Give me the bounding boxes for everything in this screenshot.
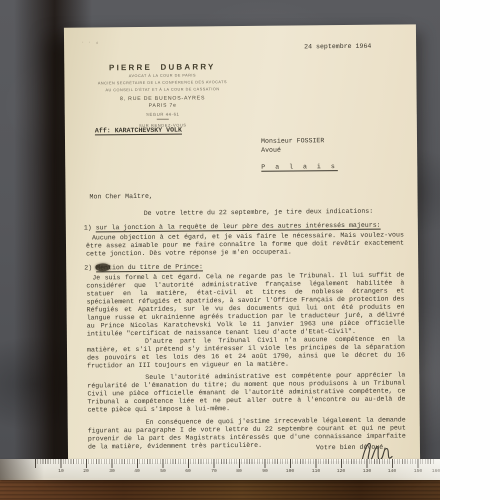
case-reference: Aff: KARATCHEVSKY VOLK [95, 127, 182, 136]
letterhead-address: 8, RUE DE BUENOS-AYRES [81, 95, 245, 103]
letterhead-title-2: ANCIEN SECRÉTAIRE DE LA CONFÉRENCE DES A… [80, 80, 244, 86]
point-2-body: Je suis formel à cet égard. Cela ne rega… [86, 271, 405, 338]
letterhead-title-3: AU CONSEIL D'ÉTAT ET À LA COUR DE CASSAT… [80, 87, 244, 93]
page-white-margin [440, 0, 500, 500]
letter-date: 24 septembre 1964 [304, 43, 371, 52]
point-1-body: Aucune objection à cet égard, et je vais… [86, 231, 404, 258]
recipient-place: P a l a i s [261, 163, 338, 172]
point-1-heading: 1) sur la jonction à la requête de leur … [84, 221, 406, 232]
letterhead: PIERRE DUBARRY AVOCAT À LA COUR DE PARIS… [80, 62, 245, 128]
letterhead-divider [157, 119, 169, 120]
point-2-heading-text: Mention du titre de Prince: [96, 263, 203, 271]
point-1-number: 1) [84, 224, 96, 231]
paragraph-4: Seule l'autorité administrative est comp… [87, 371, 405, 414]
letterhead-city: PARIS 7e [81, 102, 245, 110]
letterhead-name: PIERRE DUBARRY [80, 62, 244, 73]
wood-table-edge [0, 478, 440, 500]
paragraph-3: D'autre part le Tribunal Civil n'a aucun… [87, 335, 405, 370]
recipient-title: Avoué [261, 146, 338, 155]
intro-line: De votre lettre du 22 septembre, je tire… [86, 207, 404, 218]
typed-letter-page: ∙ · ₄ 24 septembre 1964 PIERRE DUBARRY A… [64, 24, 420, 463]
point-2-heading: 2) Mention du titre de Prince: [84, 261, 406, 272]
point-1-heading-text: sur la jonction à la requête de leur pèr… [96, 222, 381, 232]
pencil-annotation: ∙ · ₄ [82, 39, 100, 45]
letter-photograph: ∙ · ₄ 24 septembre 1964 PIERRE DUBARRY A… [0, 0, 440, 500]
recipient-block: Monsieur FOSSIER Avoué P a l a i s [261, 137, 338, 172]
listing-photo-canvas: ∙ · ₄ 24 septembre 1964 PIERRE DUBARRY A… [0, 0, 500, 500]
salutation: Mon Cher Maître, [90, 193, 153, 202]
letterhead-title-1: AVOCAT À LA COUR DE PARIS [80, 73, 244, 79]
measuring-ruler: 10 20 30 40 50 60 70 80 90 100 110 120 1… [0, 459, 440, 480]
ruler-edge-shading [0, 459, 440, 480]
letterhead-phone: SÉGUR 44-61 [81, 111, 245, 118]
